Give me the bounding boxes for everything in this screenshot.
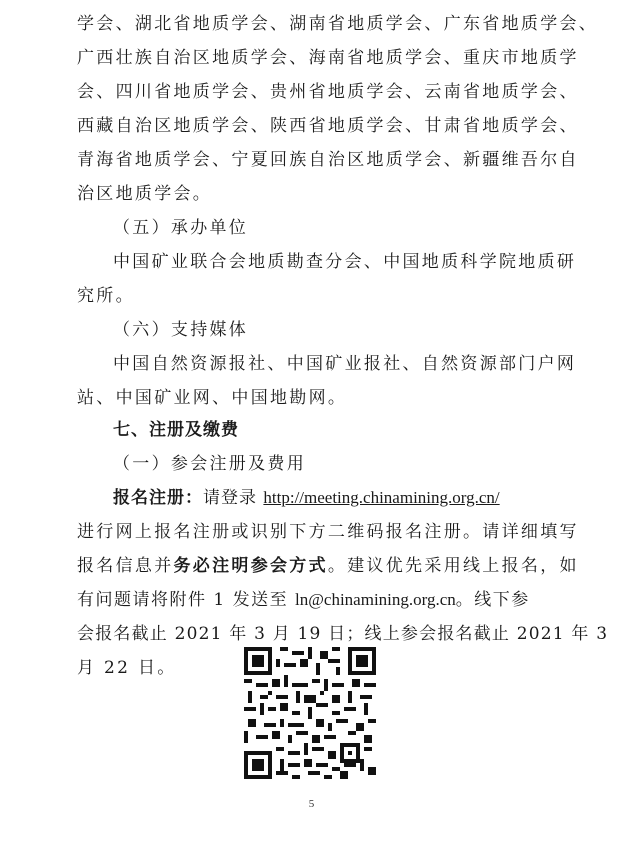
text-line: 报名信息并务必注明参会方式。建议优先采用线上报名，如 bbox=[77, 554, 557, 578]
section-heading-media: （六）支持媒体 bbox=[113, 318, 593, 342]
contact-email[interactable]: ln@chinamining.org.cn bbox=[295, 590, 456, 609]
chapter-heading-registration: 七、注册及缴费 bbox=[113, 418, 593, 442]
subsection-heading-registration-fees: （一）参会注册及费用 bbox=[113, 452, 593, 476]
text-line: 有问题请将附件 1 发送至 ln@chinamining.org.cn。线下参 bbox=[77, 588, 557, 612]
text-line: 学会、湖北省地质学会、湖南省地质学会、广东省地质学会、 bbox=[77, 12, 557, 36]
text-line: 会报名截止 2021 年 3 月 19 日；线上参会报名截止 2021 年 3 bbox=[77, 622, 557, 646]
text-span: 报名信息并 bbox=[77, 556, 174, 576]
text-line: 站、中国矿业网、中国地勘网。 bbox=[77, 386, 557, 410]
text-line: 西藏自治区地质学会、陕西省地质学会、甘肃省地质学会、 bbox=[77, 114, 557, 138]
text-line: 究所。 bbox=[77, 284, 557, 308]
registration-qr-code[interactable] bbox=[244, 647, 376, 779]
text-line: 进行网上报名注册或识别下方二维码报名注册。请详细填写 bbox=[77, 520, 557, 544]
page-number: 5 bbox=[0, 798, 623, 810]
emphasis-text: 务必注明参会方式 bbox=[174, 556, 328, 576]
text-span: 有问题请将附件 1 发送至 bbox=[77, 590, 295, 610]
text-line: 会、四川省地质学会、贵州省地质学会、云南省地质学会、 bbox=[77, 80, 557, 104]
text-span: 。建议优先采用线上报名，如 bbox=[328, 556, 579, 576]
registration-prefix: 请登录 bbox=[203, 488, 263, 508]
registration-line: 报名注册：请登录 http://meeting.chinamining.org.… bbox=[113, 486, 593, 510]
registration-label: 报名注册： bbox=[113, 488, 203, 508]
document-page: 学会、湖北省地质学会、湖南省地质学会、广东省地质学会、 广西壮族自治区地质学会、… bbox=[0, 0, 623, 842]
text-line: 治区地质学会。 bbox=[77, 182, 557, 206]
text-line: 青海省地质学会、宁夏回族自治区地质学会、新疆维吾尔自 bbox=[77, 148, 557, 172]
section-heading-organizers: （五）承办单位 bbox=[113, 216, 593, 240]
text-line: 广西壮族自治区地质学会、海南省地质学会、重庆市地质学 bbox=[77, 46, 557, 70]
registration-url-link[interactable]: http://meeting.chinamining.org.cn/ bbox=[263, 488, 499, 507]
text-line: 中国自然资源报社、中国矿业报社、自然资源部门户网 bbox=[113, 352, 593, 376]
text-span: 。线下参 bbox=[456, 590, 530, 610]
text-line: 中国矿业联合会地质勘查分会、中国地质科学院地质研 bbox=[113, 250, 593, 274]
